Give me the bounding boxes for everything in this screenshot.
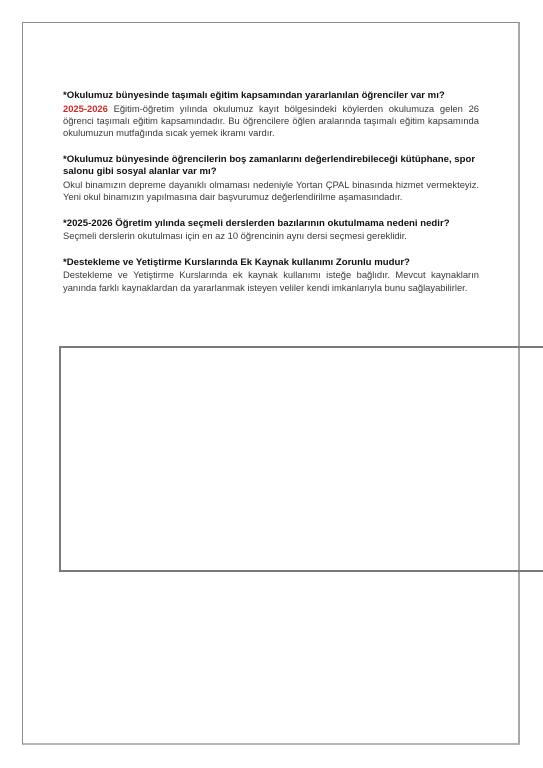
question-heading: *Destekleme ve Yetiştirme Kurslarında Ek… (63, 257, 479, 270)
question-heading: *Okulumuz bünyesinde taşımalı eğitim kap… (63, 90, 479, 103)
answer-body: Eğitim-öğretim yılında okulumuz kayıt bö… (63, 103, 479, 139)
qa-section-elective-courses: *2025-2026 Öğretim yılında seçmeli dersl… (63, 218, 479, 243)
question-heading: *2025-2026 Öğretim yılında seçmeli dersl… (63, 218, 479, 231)
document-content: *Okulumuz bünyesinde taşımalı eğitim kap… (63, 90, 479, 308)
qa-section-extra-resources: *Destekleme ve Yetiştirme Kurslarında Ek… (63, 257, 479, 294)
answer-text: 2025-2026 Eğitim-öğretim yılında okulumu… (63, 103, 479, 140)
qa-section-transport: *Okulumuz bünyesinde taşımalı eğitim kap… (63, 90, 479, 140)
answer-text: Seçmeli derslerin okutulması için en az … (63, 230, 479, 242)
question-heading: *Okulumuz bünyesinde öğrencilerin boş za… (63, 154, 479, 179)
empty-content-box (59, 346, 543, 572)
answer-text: Destekleme ve Yetiştirme Kurslarında ek … (63, 269, 479, 294)
highlight-year: 2025-2026 (63, 103, 108, 114)
qa-section-social-areas: *Okulumuz bünyesinde öğrencilerin boş za… (63, 154, 479, 204)
answer-text: Okul binamızın depreme dayanıklı olmamas… (63, 179, 479, 204)
